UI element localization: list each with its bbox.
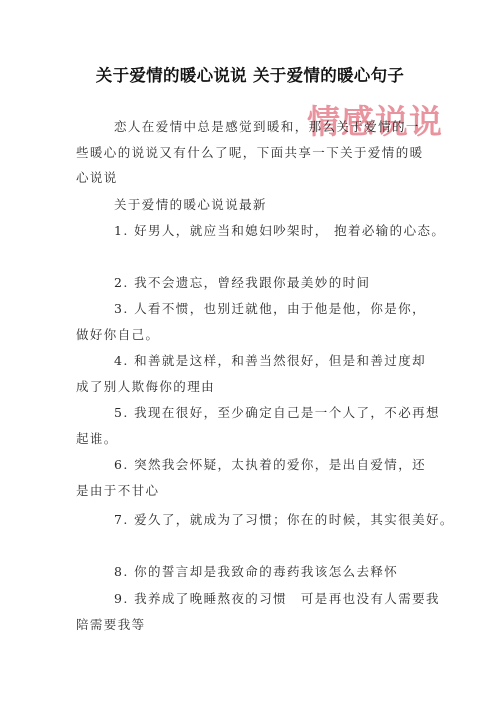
list-item-5-line-1: 5. 我现在很好，至少确定自己是一个人了，不必再想: [114, 405, 440, 421]
list-item-3-line-1: 3. 人看不惯，也别迁就他，由于他是他，你是你，: [114, 301, 426, 317]
list-item-6-line-1: 6. 突然我会怀疑，太执着的爱你，是出自爱情，还: [114, 457, 426, 473]
list-item-3-line-2: 做好你自己。: [76, 327, 159, 343]
list-item-6-line-2: 是由于不甘心: [76, 483, 159, 499]
list-item-9-line-2: 陪需要我等: [76, 617, 146, 633]
document-title: 关于爱情的暖心说说 关于爱情的暖心句子: [0, 62, 500, 86]
intro-line-3: 心说说: [76, 170, 118, 186]
list-item-8: 8. 你的誓言却是我致命的毒药我该怎么去释怀: [114, 564, 398, 580]
section-heading: 关于爱情的暖心说说最新: [114, 197, 267, 213]
list-item-1: 1. 好男人，就应当和媳妇吵架时， 抱着必输的心态。: [114, 223, 445, 239]
list-item-4-line-1: 4. 和善就是这样，和善当然很好，但是和善过度却: [114, 353, 426, 369]
list-item-2: 2. 我不会遗忘，曾经我跟你最美妙的时间: [114, 275, 370, 291]
list-item-4-line-2: 成了别人欺侮你的理由: [76, 379, 215, 395]
list-item-7: 7. 爱久了，就成为了习惯；你在的时候，其实很美好。: [114, 512, 454, 528]
list-item-9-line-1: 9. 我养成了晚睡熬夜的习惯 可是再也没有人需要我: [114, 591, 440, 607]
intro-line-1: 恋人在爱情中总是感觉到暖和，那么关于爱情的一: [114, 119, 420, 135]
list-item-5-line-2: 起谁。: [76, 431, 118, 447]
document-page: 关于爱情的暖心说说 关于爱情的暖心句子 情感说说 恋人在爱情中总是感觉到暖和，那…: [0, 0, 500, 708]
intro-line-2: 些暖心的说说又有什么了呢，下面共享一下关于爱情的暖: [76, 145, 424, 161]
